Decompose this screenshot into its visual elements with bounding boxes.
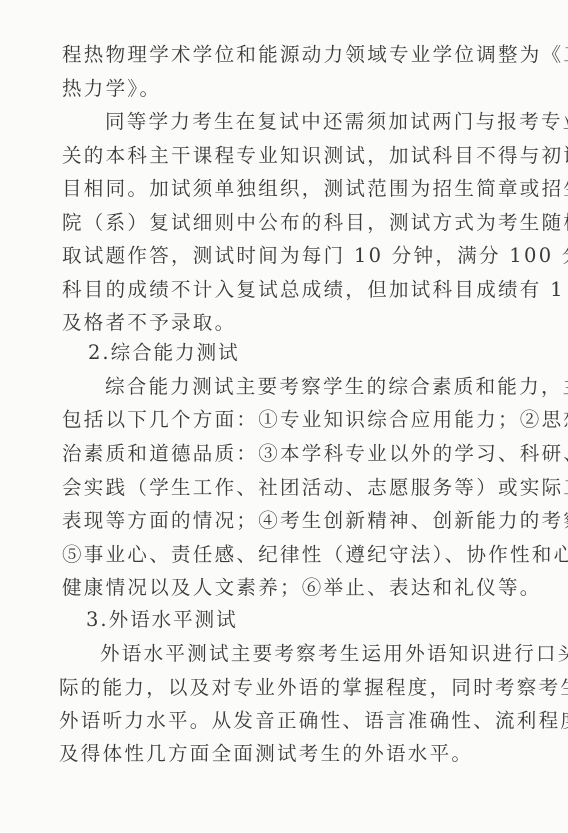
- text-line: 际的能力，以及对专业外语的掌握程度，同时考察考生的: [59, 676, 499, 700]
- text-line: 会实践（学生工作、社团活动、志愿服务等）或实际工作: [62, 476, 502, 500]
- text-line: 综合能力测试主要考察学生的综合素质和能力，主要: [105, 375, 502, 399]
- text-line: 热力学》。: [62, 77, 502, 101]
- document-page: 程热物理学术学位和能源动力领域专业学位调整为《工程 热力学》。 同等学力考生在复…: [0, 0, 568, 833]
- text-line: 包括以下几个方面：①专业知识综合应用能力；②思想政: [62, 408, 502, 432]
- section-heading: 3.外语水平测试: [86, 608, 526, 632]
- text-line: 程热物理学术学位和能源动力领域专业学位调整为《工程: [62, 43, 502, 67]
- text-line: 及得体性几方面全面测试考生的外语水平。: [59, 742, 499, 766]
- text-line: 科目的成绩不计入复试总成绩，但加试科目成绩有 1 门不: [62, 278, 502, 302]
- text-line: 表现等方面的情况；④考生创新精神、创新能力的考察；: [62, 509, 502, 533]
- text-line: 目相同。加试须单独组织，测试范围为招生简章或招生学: [62, 177, 502, 201]
- text-line: 外语听力水平。从发音正确性、语言准确性、流利程度以: [59, 709, 499, 733]
- text-line: 及格者不予录取。: [62, 311, 502, 335]
- section-heading: 2.综合能力测试: [88, 341, 528, 365]
- text-line: ⑤事业心、责任感、纪律性（遵纪守法）、协作性和心理: [62, 543, 502, 567]
- text-line: 外语水平测试主要考察考生运用外语知识进行口头交: [100, 642, 500, 666]
- text-line: 同等学力考生在复试中还需须加试两门与报考专业相: [105, 110, 502, 134]
- text-line: 治素质和道德品质：③本学科专业以外的学习、科研、社: [62, 442, 502, 466]
- text-line: 院（系）复试细则中公布的科目，测试方式为考生随机抽: [62, 211, 502, 235]
- text-line: 健康情况以及人文素养；⑥举止、表达和礼仪等。: [62, 576, 502, 600]
- text-line: 关的本科主干课程专业知识测试，加试科目不得与初试科: [62, 144, 502, 168]
- text-line: 取试题作答，测试时间为每门 10 分钟，满分 100 分。加试: [62, 244, 502, 268]
